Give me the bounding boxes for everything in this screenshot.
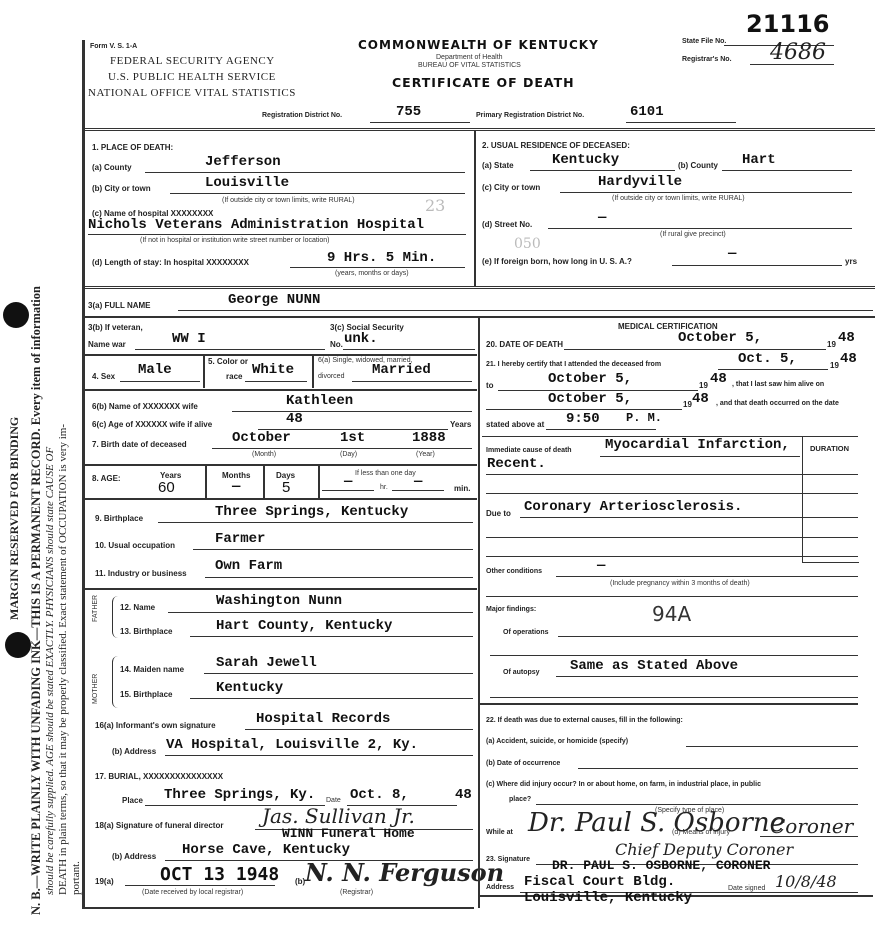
age-col-divider-1 — [205, 464, 207, 498]
mother-birthplace-label: 15. Birthplace — [120, 690, 172, 699]
due-to-line — [520, 517, 858, 518]
birth-month-value: October — [232, 430, 291, 446]
accident-label: (a) Accident, suicide, or homicide (spec… — [486, 738, 628, 745]
war-value: WW I — [172, 331, 206, 347]
birth-row-divider — [82, 464, 477, 466]
place-of-death-heading: 1. PLACE OF DEATH: — [92, 143, 173, 152]
age-months-value: — — [232, 479, 240, 495]
full-name-line — [178, 310, 873, 311]
burial-date-value: Oct. 8, — [350, 787, 409, 803]
street-line — [548, 228, 852, 229]
attended-to-label: to — [486, 381, 494, 390]
registrar-note: (Registrar) — [340, 889, 373, 896]
agency-line-3: NATIONAL OFFICE VITAL STATISTICS — [88, 87, 296, 99]
deputy-coroner-handwritten: Chief Deputy Coroner — [615, 840, 793, 859]
age-row-divider — [82, 498, 477, 500]
spouse-age-value: 48 — [286, 411, 303, 427]
due-to-value: Coronary Arteriosclerosis. — [524, 499, 742, 515]
spouse-value: Kathleen — [286, 393, 353, 409]
due-to-line-3 — [486, 556, 858, 557]
race-label-2: race — [226, 372, 242, 381]
race-marital-divider — [312, 354, 314, 388]
autopsy-label: Of autopsy — [503, 669, 540, 676]
residence-county-value: Hart — [742, 152, 776, 168]
industry-label: 11. Industry or business — [95, 569, 187, 578]
birthplace-value: Three Springs, Kentucky — [215, 504, 408, 520]
spouse-line — [232, 411, 472, 412]
registrar-no-label: Registrar's No. — [682, 56, 732, 63]
registration-district-line — [370, 122, 470, 123]
certifier-address-value-1: Fiscal Court Bldg. — [524, 874, 675, 890]
primary-district-value: 6101 — [630, 104, 664, 120]
minutes-line — [392, 490, 444, 491]
column-divider — [478, 318, 480, 908]
operations-line-2 — [490, 655, 858, 656]
ssn-line — [343, 349, 475, 350]
mother-name-value: Sarah Jewell — [216, 655, 317, 671]
hospital-note: (If not in hospital or institution write… — [140, 237, 329, 244]
code-mark-94a: 94A — [652, 602, 691, 626]
industry-divider — [82, 588, 477, 590]
funeral-director-address-value: Horse Cave, Kentucky — [182, 842, 350, 858]
sex-value: Male — [138, 362, 172, 378]
attended-to-century: 19 — [699, 381, 708, 390]
residence-city-label: (c) City or town — [482, 183, 540, 192]
injury-place-label: (c) Where did injury occur? In or about … — [486, 781, 761, 788]
father-bracket — [112, 596, 118, 638]
informant-signature-label: 16(a) Informant's own signature — [95, 721, 216, 730]
father-birthplace-line — [190, 636, 473, 637]
spouse-label: 6(b) Name of XXXXXXX wife — [92, 402, 198, 411]
major-findings-label: Major findings: — [486, 606, 536, 613]
pencil-mark-23: 23 — [425, 196, 445, 215]
place-label: place? — [509, 796, 531, 803]
stay-line — [290, 267, 465, 268]
veteran-label: 3(b) If veteran, — [88, 323, 143, 332]
primary-district-label: Primary Registration District No. — [476, 112, 584, 119]
other-conditions-value: — — [597, 558, 605, 574]
registration-district-value: 755 — [396, 104, 421, 120]
mother-bracket — [112, 656, 118, 708]
occupation-value: Farmer — [215, 531, 265, 547]
autopsy-divider — [478, 703, 858, 705]
immediate-cause-line-2 — [486, 474, 858, 475]
commonwealth-title: COMMONWEALTH OF KENTUCKY — [358, 38, 599, 52]
registration-district-label: Registration District No. — [262, 112, 342, 119]
informant-address-value: VA Hospital, Louisville 2, Ky. — [166, 737, 418, 753]
informant-address-label: (b) Address — [112, 747, 156, 756]
section-1-2-divider — [474, 130, 476, 286]
marital-label-2: divorced — [318, 373, 344, 380]
residence-city-note: (If outside city or town limits, write R… — [612, 195, 745, 202]
last-seen-label: , that I last saw him alive on — [732, 381, 824, 388]
due-to-line-2 — [486, 537, 858, 538]
accident-line — [686, 746, 858, 747]
form-left-border — [82, 40, 85, 908]
age-col-divider-2 — [263, 464, 265, 498]
hours-unit: hr. — [380, 484, 388, 491]
hours-value: — — [344, 474, 352, 490]
race-value: White — [252, 362, 294, 378]
veteran-divider — [82, 354, 477, 356]
residence-heading: 2. USUAL RESIDENCE OF DECEASED: — [482, 141, 630, 150]
industry-value: Own Farm — [215, 558, 282, 574]
birthplace-label: 9. Birthplace — [95, 514, 143, 523]
birth-date-label: 7. Birth date of deceased — [92, 440, 187, 449]
residence-city-value: Hardyville — [598, 174, 682, 190]
date-of-death-century: 19 — [827, 340, 836, 349]
hospital-value: Nichols Veterans Administration Hospital — [88, 217, 424, 233]
war-label: Name war — [88, 340, 126, 349]
stay-label: (d) Length of stay: In hospital XXXXXXXX — [92, 258, 249, 267]
sex-row-divider — [82, 389, 477, 391]
immediate-cause-label: Immediate cause of death — [486, 447, 572, 454]
primary-district-line — [626, 122, 736, 123]
certifier-address-value-2: Louisville, Kentucky — [524, 890, 692, 906]
informant-signature-line — [245, 729, 473, 730]
ssn-value: unk. — [344, 331, 378, 347]
attended-from-value: Oct. 5, — [738, 351, 797, 367]
street-note: (If rural give precinct) — [660, 231, 726, 238]
age-years-value: 60 — [158, 479, 175, 496]
birthplace-line — [158, 522, 473, 523]
date-signed-value: 10/8/48 — [775, 872, 837, 891]
external-causes-label: 22. If death was due to external causes,… — [486, 717, 683, 724]
department-name: Department of Health — [436, 54, 503, 61]
race-line — [245, 381, 307, 382]
foreign-born-value: — — [728, 246, 736, 262]
street-label: (d) Street No. — [482, 220, 532, 229]
birth-month-note: (Month) — [252, 451, 276, 458]
burial-label: 17. BURIAL, XXXXXXXXXXXXXXX — [95, 772, 223, 781]
birth-date-line — [212, 448, 472, 449]
registrar-signature: N. N. Ferguson — [305, 858, 504, 887]
margin-instruction-line-2: should be carefully supplied. AGE should… — [44, 447, 57, 895]
received-label: 19(a) — [95, 877, 114, 886]
section-2-divider — [82, 286, 875, 289]
registrar-no-value: 4686 — [770, 40, 826, 65]
state-file-stamp: 21116 — [746, 10, 830, 38]
burial-place-value: Three Springs, Ky. — [164, 787, 315, 803]
time-value: 9:50 — [566, 411, 600, 427]
death-city-line — [170, 193, 465, 194]
minutes-value: — — [414, 474, 422, 490]
date-of-death-value: October 5, — [678, 330, 762, 346]
received-note: (Date received by local registrar) — [142, 889, 243, 896]
agency-line-1: FEDERAL SECURITY AGENCY — [110, 55, 275, 67]
margin-instruction-line-1: N. B.—WRITE PLAINLY WITH UNFADING INK—TH… — [30, 286, 43, 915]
operations-label: Of operations — [503, 629, 549, 636]
mother-birthplace-line — [190, 698, 473, 699]
father-name-line — [168, 612, 473, 613]
age-days-value: 5 — [282, 479, 290, 496]
father-name-label: 12. Name — [120, 603, 155, 612]
stay-value: 9 Hrs. 5 Min. — [327, 250, 436, 266]
last-seen-year: 48 — [692, 391, 709, 407]
due-to-label: Due to — [486, 509, 511, 518]
informant-address-line — [165, 755, 473, 756]
mother-tag: MOTHER — [92, 674, 99, 704]
foreign-born-unit: yrs — [845, 257, 857, 266]
age-col-divider-3 — [318, 464, 320, 498]
burial-year-value: 48 — [455, 787, 472, 803]
last-seen-line — [486, 409, 682, 410]
date-of-death-line — [564, 349, 826, 350]
hospital-line — [88, 234, 466, 235]
funeral-director-label: 18(a) Signature of funeral director — [95, 821, 223, 830]
registrar-label: (b) — [295, 877, 305, 886]
birth-day-value: 1st — [340, 430, 365, 446]
date-of-death-label: 20. DATE OF DEATH — [486, 340, 563, 349]
autopsy-line-2 — [490, 697, 858, 698]
war-line — [135, 349, 325, 350]
received-date-stamp: OCT 13 1948 — [160, 864, 279, 885]
full-name-value: George NUNN — [228, 292, 320, 308]
date-of-death-year: 48 — [838, 330, 855, 346]
attended-from-year: 48 — [840, 351, 857, 367]
death-county-label: (a) County — [92, 163, 132, 172]
sex-label: 4. Sex — [92, 372, 115, 381]
spouse-age-label: 6(c) Age of XXXXXX wife if alive — [92, 420, 212, 429]
mother-birthplace-value: Kentucky — [216, 680, 283, 696]
margin-instruction-line-3: DEATH in plain terms, so that it may be … — [57, 424, 70, 895]
foreign-born-line — [672, 265, 842, 266]
other-conditions-line — [556, 576, 858, 577]
ssn-no-label: No. — [330, 340, 343, 349]
form-number: Form V. S. 1-A — [90, 43, 137, 50]
residence-state-value: Kentucky — [552, 152, 619, 168]
margin-reserved-text: MARGIN RESERVED FOR BINDING — [8, 417, 21, 620]
attended-from-label: 21. I hereby certify that I attended the… — [486, 361, 661, 368]
other-conditions-label: Other conditions — [486, 568, 542, 575]
last-seen-century: 19 — [683, 400, 692, 409]
residence-county-line — [722, 170, 852, 171]
marital-value: Married — [372, 362, 431, 378]
birth-day-note: (Day) — [340, 451, 357, 458]
signature-label: 23. Signature — [486, 856, 530, 863]
less-than-day-label: If less than one day — [355, 470, 416, 477]
birth-year-value: 1888 — [412, 430, 446, 446]
mother-name-label: 14. Maiden name — [120, 665, 184, 674]
time-label: stated above at — [486, 420, 544, 429]
stay-note: (years, months or days) — [335, 270, 409, 277]
certificate-title: CERTIFICATE OF DEATH — [392, 75, 575, 90]
sex-race-divider — [203, 354, 205, 388]
funeral-home-name: WINN Funeral Home — [282, 826, 415, 841]
burial-date-label: Date — [326, 797, 341, 804]
header-divider — [82, 128, 875, 131]
father-name-value: Washington Nunn — [216, 593, 342, 609]
father-birthplace-value: Hart County, Kentucky — [216, 618, 392, 634]
time-ampm: P. M. — [626, 411, 662, 425]
autopsy-value: Same as Stated Above — [570, 658, 738, 674]
certifier-address-label: Address — [486, 884, 514, 891]
attended-from-line — [718, 369, 828, 370]
death-occurred-label: , and that death occurred on the date — [716, 400, 839, 407]
occupation-label: 10. Usual occupation — [95, 541, 175, 550]
immediate-cause-line — [600, 456, 800, 457]
agency-line-2: U.S. PUBLIC HEALTH SERVICE — [108, 71, 276, 83]
death-city-label: (b) City or town — [92, 184, 151, 193]
spouse-age-unit: Years — [450, 420, 471, 429]
funeral-director-address-label: (b) Address — [112, 852, 156, 861]
immediate-cause-value-2: Recent. — [487, 456, 546, 472]
immediate-cause-line-3 — [486, 493, 858, 494]
residence-county-label: (b) County — [678, 161, 718, 170]
death-county-line — [145, 172, 465, 173]
date-signed-label: Date signed — [728, 885, 765, 892]
industry-line — [205, 577, 473, 578]
state-file-label: State File No. — [682, 38, 726, 45]
immediate-cause-value: Myocardial Infarction, — [605, 437, 790, 453]
signer-name: DR. PAUL S. OSBORNE, CORONER — [552, 858, 770, 873]
full-name-label: 3(a) FULL NAME — [88, 301, 151, 310]
birth-year-note: (Year) — [416, 451, 435, 458]
death-city-note: (If outside city or town limits, write R… — [222, 197, 355, 204]
street-value: — — [598, 210, 606, 226]
hours-line — [322, 490, 374, 491]
father-tag: FATHER — [92, 595, 99, 622]
coroner-signature-handwritten: Dr. Paul S. Osborne — [528, 808, 785, 838]
autopsy-line — [556, 676, 858, 677]
occurrence-line — [578, 768, 858, 769]
sex-line — [120, 381, 200, 382]
duration-label: DURATION — [810, 444, 849, 453]
form-bottom-border-left — [82, 907, 474, 909]
attended-from-century: 19 — [830, 361, 839, 370]
attended-to-value: October 5, — [548, 371, 632, 387]
father-birthplace-label: 13. Birthplace — [120, 627, 172, 636]
bureau-name: BUREAU OF VITAL STATISTICS — [418, 62, 521, 69]
race-label-1: 5. Color or — [208, 357, 248, 366]
occupation-line — [193, 549, 473, 550]
operations-line — [558, 636, 858, 637]
received-line — [125, 885, 275, 886]
informant-signature-value: Hospital Records — [256, 711, 390, 727]
residence-state-label: (a) State — [482, 161, 514, 170]
death-county-value: Jefferson — [205, 154, 281, 170]
time-line — [546, 429, 656, 430]
occurrence-label: (b) Date of occurrence — [486, 760, 560, 767]
other-conditions-line-2 — [486, 596, 858, 597]
burial-place-label: Place — [122, 796, 143, 805]
residence-state-line — [530, 170, 675, 171]
coroner-title-handwritten: Coroner — [770, 814, 853, 838]
marital-line — [352, 381, 472, 382]
death-city-value: Louisville — [205, 175, 289, 191]
foreign-born-label: (e) If foreign born, how long in U. S. A… — [482, 257, 632, 266]
mother-name-line — [204, 673, 473, 674]
other-conditions-note: (Include pregnancy within 3 months of de… — [610, 580, 750, 587]
duration-box — [802, 436, 859, 563]
residence-city-line — [560, 192, 852, 193]
binding-hole-bottom — [5, 632, 31, 658]
place-line — [536, 804, 858, 805]
attended-to-year: 48 — [710, 371, 727, 387]
age-label: 8. AGE: — [92, 474, 121, 483]
minutes-unit: min. — [454, 484, 470, 493]
last-seen-value: October 5, — [548, 391, 632, 407]
pencil-mark-050: 050 — [514, 236, 541, 252]
binding-hole-top — [3, 302, 29, 328]
while-at-label: While at — [486, 829, 513, 836]
funeral-director-signature: Jas. Sullivan Jr. — [262, 804, 415, 828]
